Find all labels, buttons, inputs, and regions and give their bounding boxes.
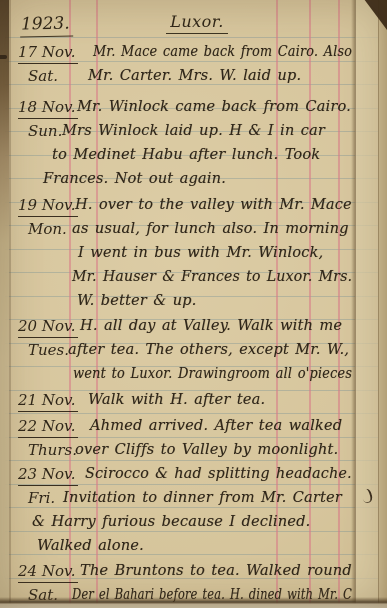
left-edge-ink-dash	[0, 55, 7, 59]
diary-photo: 1923. Luxor. 17 Nov.Sat.Mr. Mace came ba…	[0, 0, 387, 608]
entry-date: 23 Nov.	[18, 464, 78, 486]
entry-line: went to Luxor. Drawingroom all o'pieces	[73, 364, 352, 388]
entry-weekday: Sun.	[28, 121, 62, 141]
entry-line: to Medinet Habu after lunch. Took	[52, 145, 320, 169]
entry-date: 24 Nov.	[18, 561, 78, 583]
entry-weekday: Tues.	[28, 340, 69, 360]
entry-line: W. better & up.	[77, 291, 196, 315]
entry-line: Mr. Hauser & Frances to Luxor. Mrs.	[72, 267, 352, 291]
bottom-page-edge	[0, 597, 387, 608]
entry-line: Mrs Winlock laid up. H & I in car	[62, 121, 325, 145]
entry-date: 22 Nov.	[18, 416, 78, 438]
entry-weekday: Fri.	[28, 488, 55, 508]
page-title: Luxor.	[166, 12, 228, 34]
entry-weekday: Mon.	[28, 219, 67, 239]
underlying-page-edge	[355, 0, 379, 608]
diary-entry: 17 Nov.Sat.Mr. Mace came back from Cairo…	[0, 42, 387, 66]
diary-entry: 19 Nov.Mon.H. over to the valley with Mr…	[0, 195, 387, 219]
entry-line: Mr. Mace came back from Cairo. Also	[93, 42, 352, 66]
entry-date: 18 Nov.	[18, 97, 78, 119]
left-page-crease	[9, 0, 11, 608]
entry-line: Invitation to dinner from Mr. Carter	[63, 488, 342, 512]
diary-entry: 21 Nov.Walk with H. after tea.	[0, 390, 387, 414]
diary-entry: 18 Nov.Sun.Mr. Winlock came back from Ca…	[0, 97, 387, 121]
year-heading-wrap: 1923.	[20, 14, 73, 37]
entry-line: over Cliffs to Valley by moonlight.	[75, 440, 338, 464]
entry-line: Walked alone.	[37, 536, 144, 560]
entry-line: Frances. Not out again.	[43, 169, 226, 193]
binding-edge	[0, 0, 9, 608]
entry-date: 17 Nov.	[18, 42, 78, 64]
year-heading: 1923.	[20, 14, 73, 38]
entry-line: Mr. Winlock came back from Cairo.	[77, 97, 351, 121]
diary-entry: 23 Nov.Fri.Scirocco & had splitting head…	[0, 464, 387, 488]
entry-line: as usual, for lunch also. In morning	[72, 219, 349, 243]
margin-line	[338, 0, 340, 608]
far-right-page-stack	[378, 0, 387, 608]
entry-line: H. all day at Valley. Walk with me	[80, 316, 342, 340]
entry-line: Mr. Carter. Mrs. W. laid up.	[88, 66, 301, 90]
diary-entry: 20 Nov.Tues.H. all day at Valley. Walk w…	[0, 316, 387, 340]
page-title-wrap: Luxor.	[148, 12, 246, 34]
entry-date: 19 Nov.	[18, 195, 78, 217]
entry-line: I went in bus with Mr. Winlock,	[78, 243, 323, 267]
diary-entry: 22 Nov.Thurs.Ahmed arrived. After tea wa…	[0, 416, 387, 440]
entry-line: Ahmed arrived. After tea walked	[90, 416, 342, 440]
entry-date: 21 Nov.	[18, 390, 78, 412]
entry-line: after tea. The others, except Mr. W.,	[68, 340, 349, 364]
entry-weekday: Thurs.	[28, 440, 77, 460]
entry-line: Walk with H. after tea.	[88, 390, 265, 414]
entry-line: H. over to the valley with Mr. Mace	[75, 195, 352, 219]
entry-weekday: Sat.	[28, 66, 58, 86]
entry-line: The Bruntons to tea. Walked round	[80, 561, 352, 585]
entry-line: Scirocco & had splitting headache.	[85, 464, 352, 488]
entry-date: 20 Nov.	[18, 316, 78, 338]
ruled-line	[5, 37, 378, 38]
entry-line: & Harry furious because I declined.	[32, 512, 310, 536]
diary-entry: 24 Nov.Sat.The Bruntons to tea. Walked r…	[0, 561, 387, 585]
